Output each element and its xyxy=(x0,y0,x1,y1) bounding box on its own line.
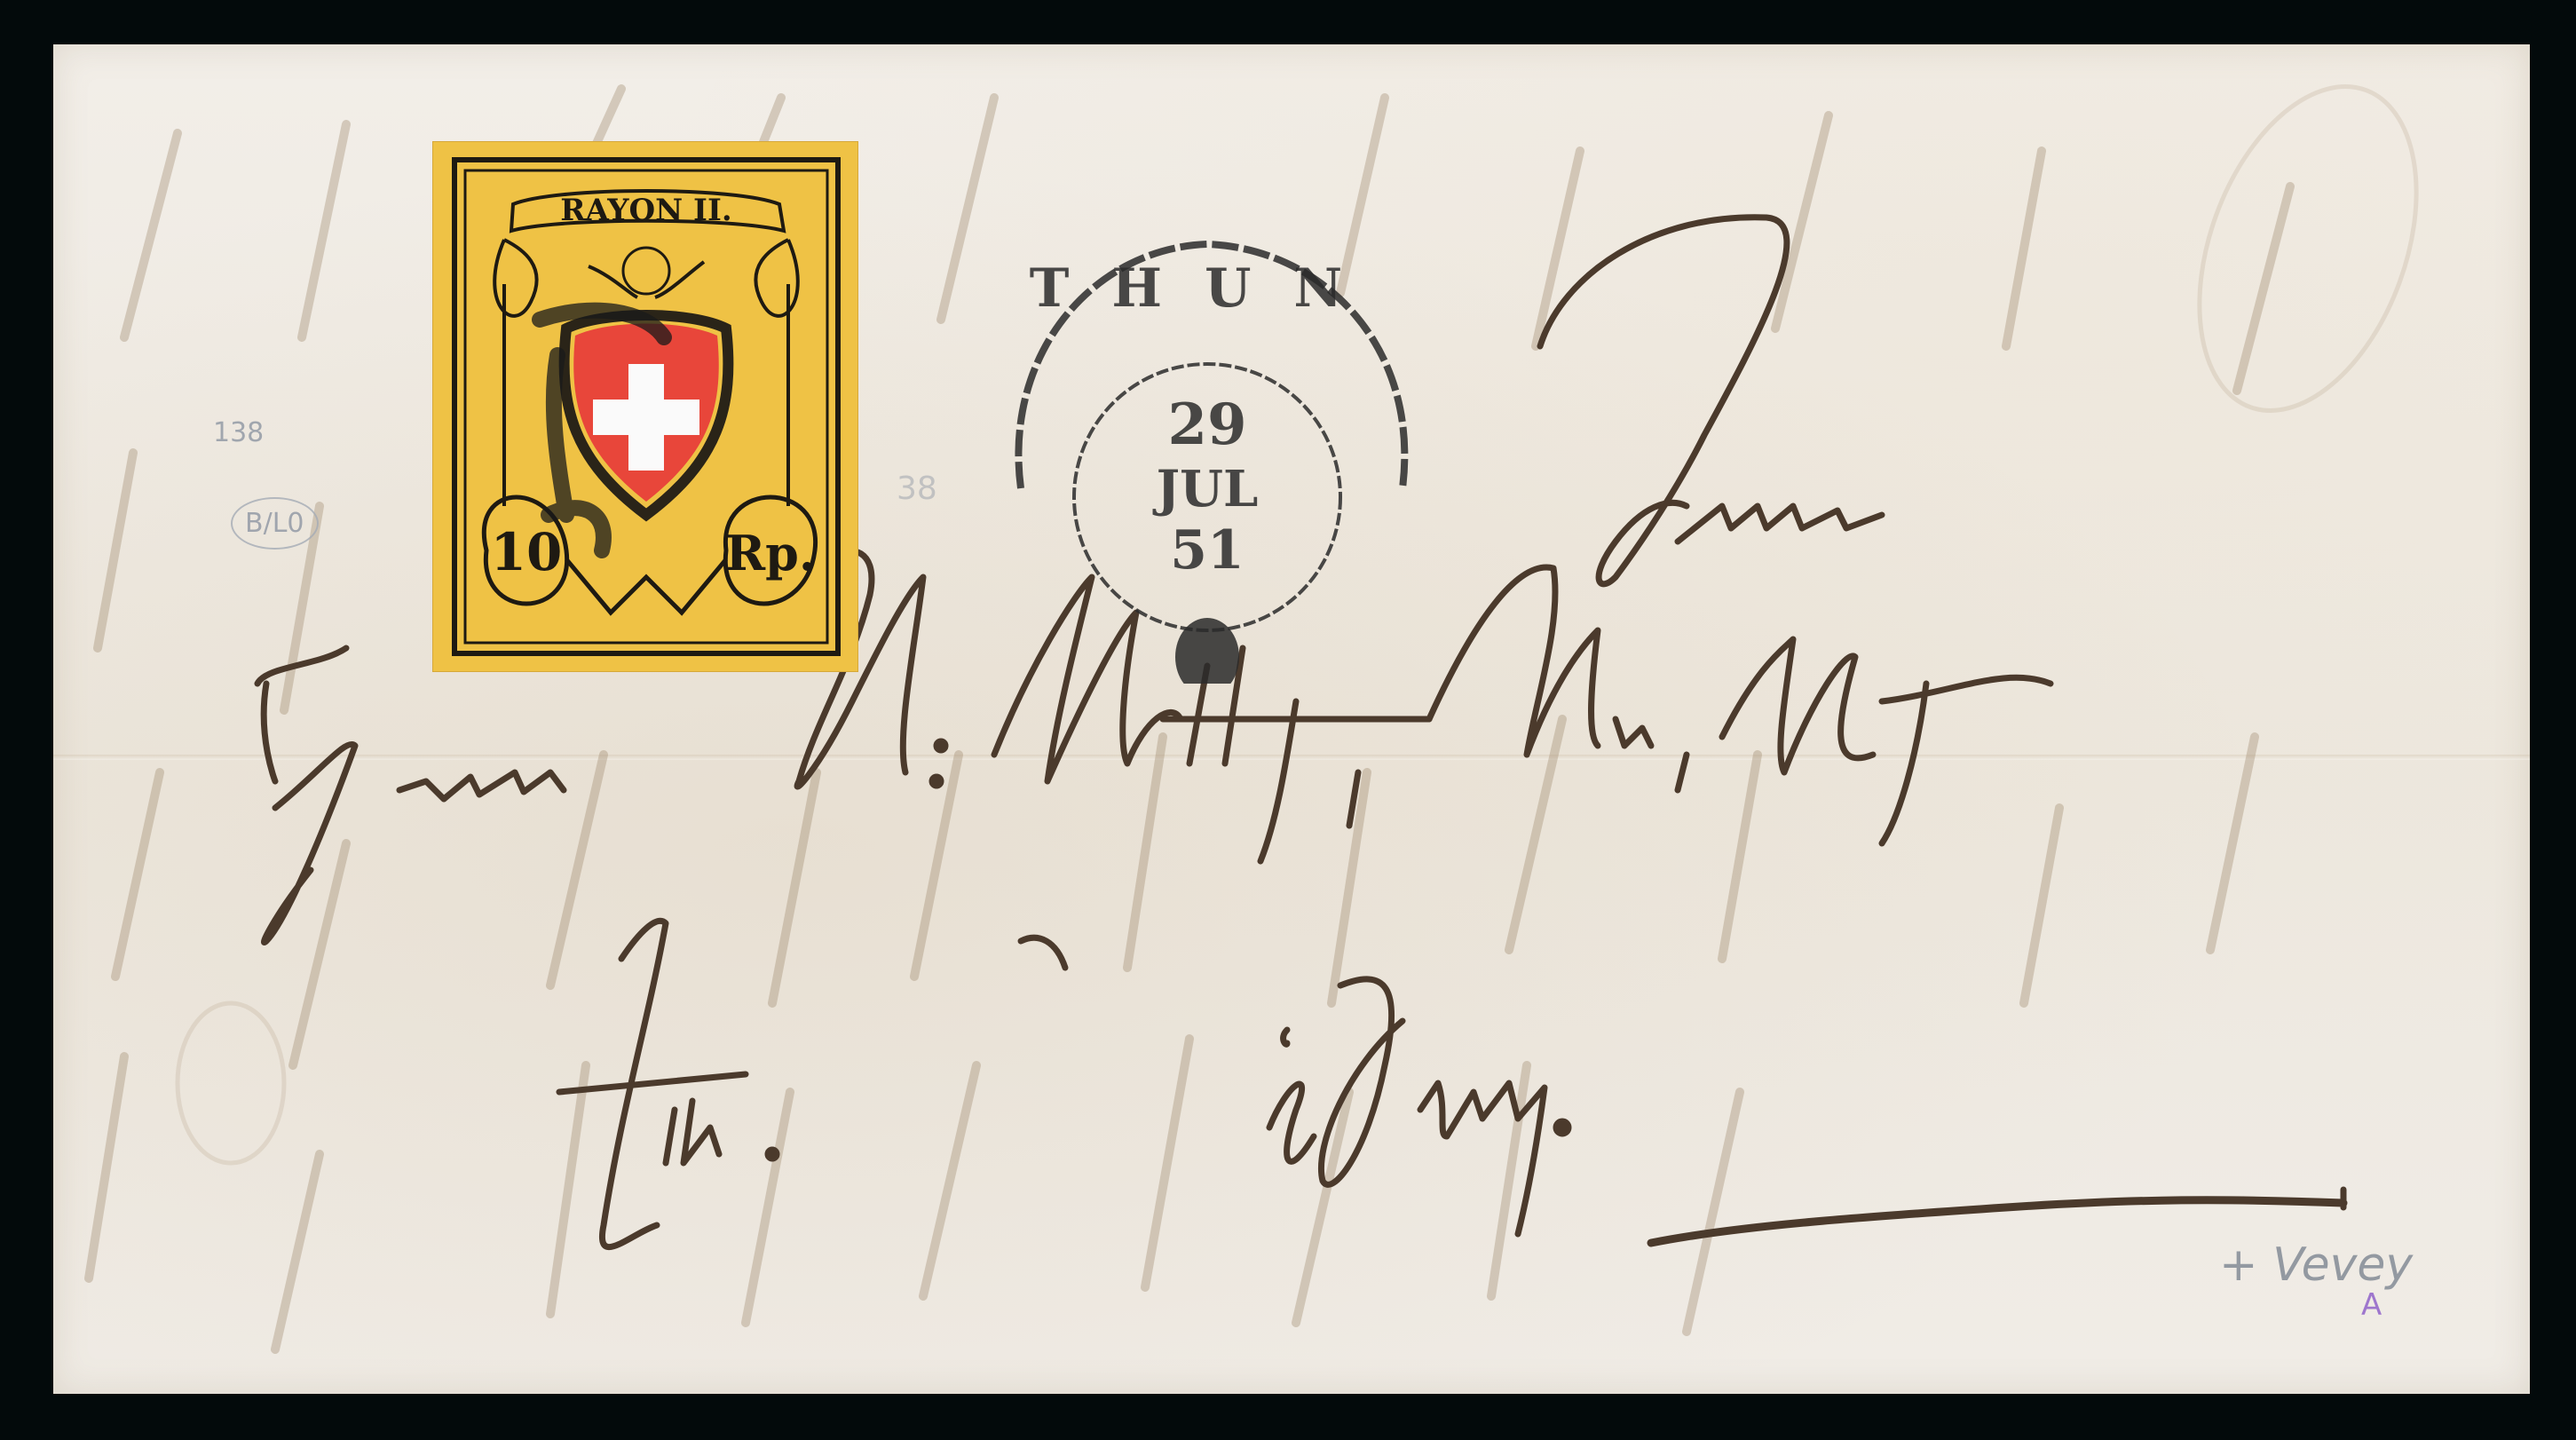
pencil-note-circled: B/L0 xyxy=(231,497,319,550)
stamp-header: RAYON II. xyxy=(560,193,731,228)
pencil-note-near-stamp: 38 xyxy=(897,471,937,507)
postmark-month: JUL xyxy=(1152,460,1259,518)
stamp-currency: Rp. xyxy=(725,525,815,582)
postmark-year: 51 xyxy=(1170,519,1245,582)
violet-pencil-mark: A xyxy=(2361,1287,2382,1323)
thun-postmark: THUN 29 JUL 51 xyxy=(985,222,1429,684)
pencil-note-catalog: 138 xyxy=(213,417,264,448)
stamp-value: 10 xyxy=(491,522,563,582)
pencil-note-destination: + Vevey xyxy=(2219,1238,2413,1292)
postmark-town: THUN xyxy=(1030,257,1386,320)
postage-stamp-rayon-ii: RAYON II. 10 Rp. xyxy=(433,142,857,671)
postmark-day: 29 xyxy=(1167,392,1246,458)
